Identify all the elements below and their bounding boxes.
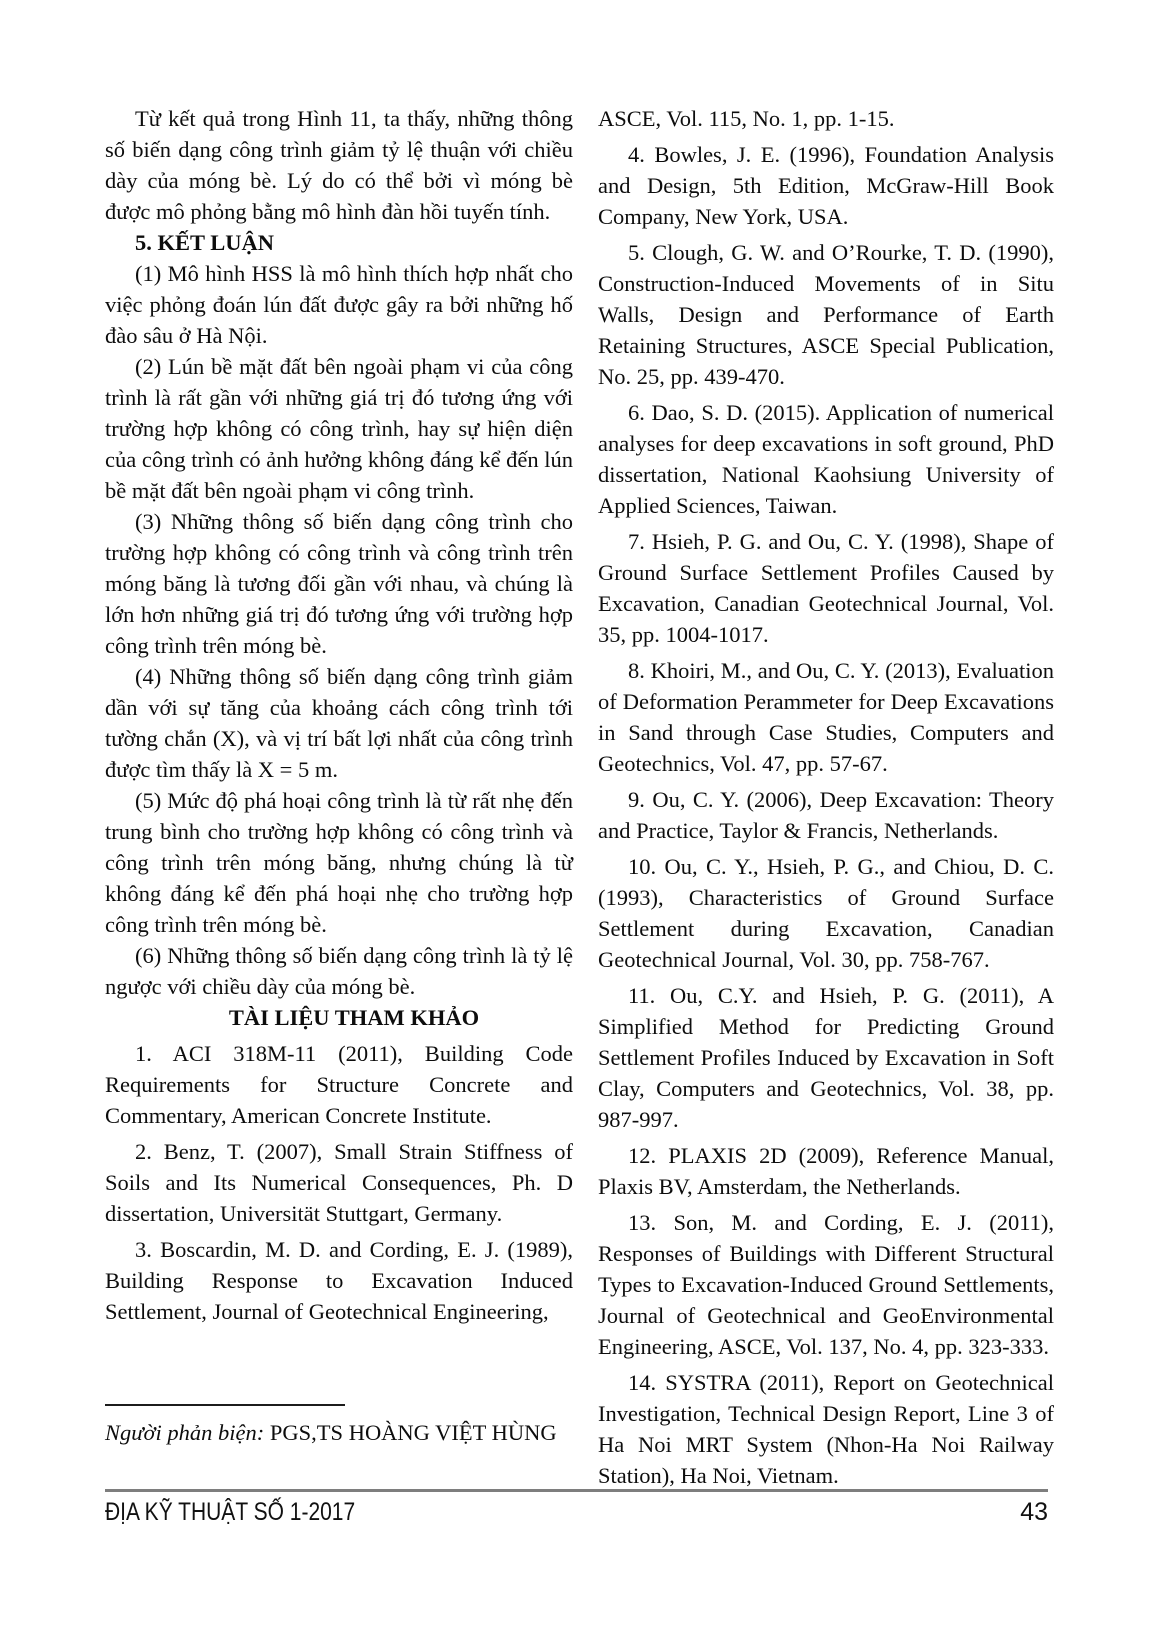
reference-item-5: 5. Clough, G. W. and O’Rourke, T. D. (19… <box>598 237 1054 392</box>
footnote-rule <box>105 1404 345 1406</box>
reference-item-7: 7. Hsieh, P. G. and Ou, C. Y. (1998), Sh… <box>598 526 1054 650</box>
journal-title: ĐỊA KỸ THUẬT SỐ 1-2017 <box>105 1498 355 1526</box>
conclusion-item-3: (3) Những thông số biến dạng công trình … <box>105 506 573 661</box>
reference-item-13: 13. Son, M. and Cording, E. J. (2011), R… <box>598 1207 1054 1362</box>
reference-item-11: 11. Ou, C.Y. and Hsieh, P. G. (2011), A … <box>598 980 1054 1135</box>
page-number: 43 <box>1020 1498 1048 1526</box>
left-column: Từ kết quả trong Hình 11, ta thấy, những… <box>105 103 573 1327</box>
reference-item-10: 10. Ou, C. Y., Hsieh, P. G., and Chiou, … <box>598 851 1054 975</box>
conclusion-heading: 5. KẾT LUẬN <box>105 227 573 258</box>
conclusion-item-4: (4) Những thông số biến dạng công trình … <box>105 661 573 785</box>
footnote: Người phản biện: PGS,TS HOÀNG VIỆT HÙNG <box>105 1404 573 1448</box>
conclusion-item-1: (1) Mô hình HSS là mô hình thích hợp nhấ… <box>105 258 573 351</box>
reference-item-9: 9. Ou, C. Y. (2006), Deep Excavation: Th… <box>598 784 1054 846</box>
conclusion-item-2: (2) Lún bề mặt đất bên ngoài phạm vi của… <box>105 351 573 506</box>
reference-item-14: 14. SYSTRA (2011), Report on Geotechnica… <box>598 1367 1054 1491</box>
reference-item-3: 3. Boscardin, M. D. and Cording, E. J. (… <box>105 1234 573 1327</box>
reviewer-line: Người phản biện: PGS,TS HOÀNG VIỆT HÙNG <box>105 1417 573 1448</box>
reference-item-8: 8. Khoiri, M., and Ou, C. Y. (2013), Eva… <box>598 655 1054 779</box>
conclusion-item-6: (6) Những thông số biến dạng công trình … <box>105 940 573 1002</box>
page-footer: ĐỊA KỸ THUẬT SỐ 1-2017 43 <box>105 1498 1048 1526</box>
reference-item-12: 12. PLAXIS 2D (2009), Reference Manual, … <box>598 1140 1054 1202</box>
reference-item-1: 1. ACI 318M-11 (2011), Building Code Req… <box>105 1038 573 1131</box>
conclusion-item-5: (5) Mức độ phá hoại công trình là từ rất… <box>105 785 573 940</box>
reference-item-2: 2. Benz, T. (2007), Small Strain Stiffne… <box>105 1136 573 1229</box>
reference-item-3-continuation: ASCE, Vol. 115, No. 1, pp. 1-15. <box>598 103 1054 134</box>
reviewer-name: PGS,TS HOÀNG VIỆT HÙNG <box>270 1420 557 1445</box>
paper-page: Từ kết quả trong Hình 11, ta thấy, những… <box>0 0 1157 1637</box>
intro-paragraph: Từ kết quả trong Hình 11, ta thấy, những… <box>105 103 573 227</box>
reference-item-4: 4. Bowles, J. E. (1996), Foundation Anal… <box>598 139 1054 232</box>
footer-rule <box>105 1489 1048 1492</box>
references-heading: TÀI LIỆU THAM KHẢO <box>105 1002 573 1033</box>
right-column: ASCE, Vol. 115, No. 1, pp. 1-15. 4. Bowl… <box>598 103 1054 1491</box>
reviewer-label: Người phản biện: <box>105 1420 264 1445</box>
reference-item-6: 6. Dao, S. D. (2015). Application of num… <box>598 397 1054 521</box>
